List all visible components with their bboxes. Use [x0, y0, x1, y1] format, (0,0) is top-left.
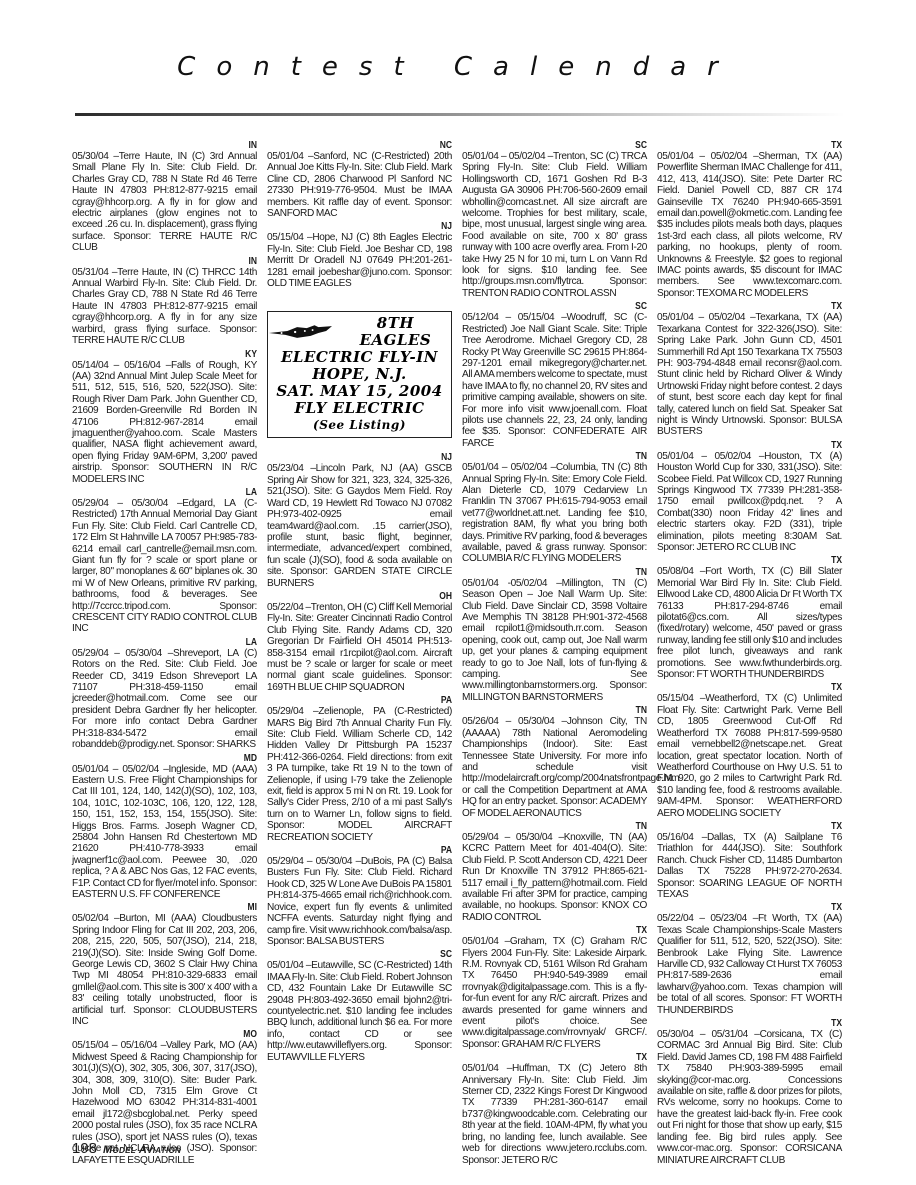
contest-listing: TN05/29/04 – 05/30/04 –Knoxville, TN (AA…: [462, 821, 647, 923]
state-heading: TX: [685, 682, 842, 693]
state-heading: TN: [490, 705, 647, 716]
state-heading: TX: [685, 140, 842, 151]
eagles-fly-in-ad: 8TH EAGLES ELECTRIC FLY-IN HOPE, N.J. SA…: [267, 311, 452, 438]
listing-text: 05/31/04 –Terre Haute, IN (C) THRCC 14th…: [72, 267, 257, 347]
contest-listing: TX05/01/04 – 05/02/04 –Texarkana, TX (AA…: [657, 301, 842, 437]
state-heading: KY: [100, 349, 257, 360]
listing-text: 05/16/04 –Dallas, TX (A) Sailplane T6 Tr…: [657, 832, 842, 900]
listing-text: 05/01/04 – 05/02/04 –Trenton, SC (C) TRC…: [462, 151, 647, 299]
contest-listing: IN05/31/04 –Terre Haute, IN (C) THRCC 14…: [72, 256, 257, 347]
listing-text: 05/01/04 –Huffman, TX (C) Jetero 8th Ann…: [462, 1063, 647, 1166]
listing-text: 05/01/04 –Sanford, NC (C-Restricted) 20t…: [267, 151, 452, 219]
contest-listing: SC05/01/04 –Eutawville, SC (C-Restricted…: [267, 949, 452, 1063]
listing-text: 05/29/04 – 05/30/04 –DuBois, PA (C) Bals…: [267, 856, 452, 947]
state-heading: NC: [295, 140, 452, 151]
state-heading: SC: [295, 949, 452, 960]
column-2-top: NC05/01/04 –Sanford, NC (C-Restricted) 2…: [267, 140, 452, 289]
state-heading: TX: [490, 1052, 647, 1063]
listing-text: 05/15/04 –Hope, NJ (C) 8th Eagles Electr…: [267, 232, 452, 289]
page-title: Contest Calendar: [0, 52, 916, 82]
listing-text: 05/22/04 – 05/23/04 –Ft Worth, TX (AA) T…: [657, 913, 842, 1016]
contest-listing: PA05/29/04 – 05/30/04 –DuBois, PA (C) Ba…: [267, 845, 452, 947]
state-heading: NJ: [295, 221, 452, 232]
contest-listing: TN05/01/04 -05/02/04 –Millington, TN (C)…: [462, 567, 647, 703]
state-heading: TX: [685, 440, 842, 451]
state-heading: OH: [295, 591, 452, 602]
contest-listing: LA05/29/04 – 05/30/04 –Shreveport, LA (C…: [72, 637, 257, 751]
listing-text: 05/29/04 –Zelienople, PA (C-Restricted) …: [267, 706, 452, 843]
state-heading: PA: [295, 845, 452, 856]
state-heading: TX: [490, 925, 647, 936]
listing-text: 05/15/04 –Weatherford, TX (C) Unlimited …: [657, 693, 842, 818]
state-heading: SC: [490, 301, 647, 312]
contest-listing: TX05/15/04 –Weatherford, TX (C) Unlimite…: [657, 682, 842, 818]
listing-text: 05/29/04 – 05/30/04 –Knoxville, TN (AA) …: [462, 832, 647, 923]
state-heading: NJ: [295, 452, 452, 463]
state-heading: TX: [685, 555, 842, 566]
ad-line-6: (See Listing): [313, 417, 406, 434]
contest-listing: NC05/01/04 –Sanford, NC (C-Restricted) 2…: [267, 140, 452, 219]
contest-listing: TN05/01/04 – 05/02/04 –Columbia, TN (C) …: [462, 451, 647, 565]
state-heading: IN: [100, 140, 257, 151]
column-2: NC05/01/04 –Sanford, NC (C-Restricted) 2…: [267, 140, 452, 1168]
contest-listing: SC05/01/04 – 05/02/04 –Trenton, SC (C) T…: [462, 140, 647, 299]
state-heading: TX: [685, 902, 842, 913]
ad-line-3: HOPE, N.J.: [312, 366, 407, 383]
contest-listing: TX05/01/04 –Huffman, TX (C) Jetero 8th A…: [462, 1052, 647, 1166]
contest-listing: TX05/22/04 – 05/23/04 –Ft Worth, TX (AA)…: [657, 902, 842, 1016]
state-heading: TN: [490, 567, 647, 578]
state-heading: MI: [100, 902, 257, 913]
listing-text: 05/08/04 –Fort Worth, TX (C) Bill Slater…: [657, 566, 842, 680]
state-heading: LA: [100, 637, 257, 648]
state-heading: TX: [685, 301, 842, 312]
contest-listing: MI05/02/04 –Burton, MI (AAA) Cloudbuster…: [72, 902, 257, 1027]
listing-text: 05/01/04 – 05/02/04 –Texarkana, TX (AA) …: [657, 312, 842, 437]
listing-text: 05/23/04 –Lincoln Park, NJ (AA) GSCB Spr…: [267, 463, 452, 588]
state-heading: TN: [490, 821, 647, 832]
listing-text: 05/30/04 –Terre Haute, IN (C) 3rd Annual…: [72, 151, 257, 254]
state-heading: TN: [490, 451, 647, 462]
page-footer: 198 Model Aviation: [72, 1140, 181, 1157]
column-4: TX05/01/04 – 05/02/04 –Sherman, TX (AA) …: [657, 140, 842, 1168]
ad-header: 8TH EAGLES: [268, 315, 451, 349]
contest-listing: NJ05/15/04 –Hope, NJ (C) 8th Eagles Elec…: [267, 221, 452, 289]
listing-text: 05/01/04 – 05/02/04 –Houston, TX (A) Hou…: [657, 451, 842, 554]
contest-listing: OH05/22/04 –Trenton, OH (C) Cliff Kell M…: [267, 591, 452, 693]
listing-text: 05/22/04 –Trenton, OH (C) Cliff Kell Mem…: [267, 602, 452, 693]
contest-listing: TX05/30/04 – 05/31/04 –Corsicana, TX (C)…: [657, 1018, 842, 1166]
listing-text: 05/01/04 – 05/02/04 –Columbia, TN (C) 8t…: [462, 462, 647, 565]
listing-text: 05/01/04 –Graham, TX (C) Graham R/C Flye…: [462, 936, 647, 1050]
ad-line-2: ELECTRIC FLY-IN: [281, 349, 438, 366]
listing-text: 05/29/04 – 05/30/04 –Shreveport, LA (C) …: [72, 648, 257, 751]
contest-listing: IN05/30/04 –Terre Haute, IN (C) 3rd Annu…: [72, 140, 257, 254]
state-heading: LA: [100, 487, 257, 498]
contest-listing: TN05/26/04 – 05/30/04 –Johnson City, TN …: [462, 705, 647, 819]
state-heading: SC: [490, 140, 647, 151]
ad-line-5: FLY ELECTRIC: [294, 400, 424, 417]
contest-listing: LA05/29/04 – 05/30/04 –Edgard, LA (C-Res…: [72, 487, 257, 635]
contest-listing: TX05/01/04 – 05/02/04 –Houston, TX (A) H…: [657, 440, 842, 554]
contest-listing: PA05/29/04 –Zelienople, PA (C-Restricted…: [267, 695, 452, 843]
airplane-icon: [268, 324, 336, 340]
listing-text: 05/14/04 – 05/16/04 –Falls of Rough, KY …: [72, 360, 257, 485]
listing-text: 05/01/04 – 05/02/04 –Ingleside, MD (AAA)…: [72, 764, 257, 901]
listing-text: 05/29/04 – 05/30/04 –Edgard, LA (C-Restr…: [72, 498, 257, 635]
ad-line-4: SAT. MAY 15, 2004: [276, 383, 442, 400]
calendar-columns: IN05/30/04 –Terre Haute, IN (C) 3rd Annu…: [72, 140, 844, 1168]
listing-text: 05/30/04 – 05/31/04 –Corsicana, TX (C) C…: [657, 1029, 842, 1166]
listing-text: 05/26/04 – 05/30/04 –Johnson City, TN (A…: [462, 716, 647, 819]
column-1: IN05/30/04 –Terre Haute, IN (C) 3rd Annu…: [72, 140, 257, 1168]
contest-listing: TX05/16/04 –Dallas, TX (A) Sailplane T6 …: [657, 821, 842, 900]
contest-listing: NJ05/23/04 –Lincoln Park, NJ (AA) GSCB S…: [267, 452, 452, 588]
magazine-name: Model Aviation: [103, 1144, 181, 1156]
contest-listing: KY05/14/04 – 05/16/04 –Falls of Rough, K…: [72, 349, 257, 485]
column-3: SC05/01/04 – 05/02/04 –Trenton, SC (C) T…: [462, 140, 647, 1168]
contest-listing: SC05/12/04 – 05/15/04 –Woodruff, SC (C-R…: [462, 301, 647, 449]
contest-listing: TX05/01/04 – 05/02/04 –Sherman, TX (AA) …: [657, 140, 842, 299]
state-heading: PA: [295, 695, 452, 706]
contest-listing: TX05/08/04 –Fort Worth, TX (C) Bill Slat…: [657, 555, 842, 680]
contest-listing: TX05/01/04 –Graham, TX (C) Graham R/C Fl…: [462, 925, 647, 1050]
listing-text: 05/12/04 – 05/15/04 –Woodruff, SC (C-Res…: [462, 312, 647, 449]
listing-text: 05/01/04 -05/02/04 –Millington, TN (C) S…: [462, 578, 647, 703]
title-divider: [75, 113, 845, 116]
state-heading: MO: [100, 1029, 257, 1040]
state-heading: TX: [685, 1018, 842, 1029]
state-heading: TX: [685, 821, 842, 832]
state-heading: IN: [100, 256, 257, 267]
listing-text: 05/01/04 –Eutawville, SC (C-Restricted) …: [267, 960, 452, 1063]
column-2-bottom: NJ05/23/04 –Lincoln Park, NJ (AA) GSCB S…: [267, 452, 452, 1063]
state-heading: MD: [100, 753, 257, 764]
ad-line-1: 8TH EAGLES: [340, 315, 451, 349]
page-number: 198: [72, 1140, 97, 1157]
contest-listing: MD05/01/04 – 05/02/04 –Ingleside, MD (AA…: [72, 753, 257, 901]
listing-text: 05/02/04 –Burton, MI (AAA) Cloudbusters …: [72, 913, 257, 1027]
listing-text: 05/01/04 – 05/02/04 –Sherman, TX (AA) Po…: [657, 151, 842, 299]
